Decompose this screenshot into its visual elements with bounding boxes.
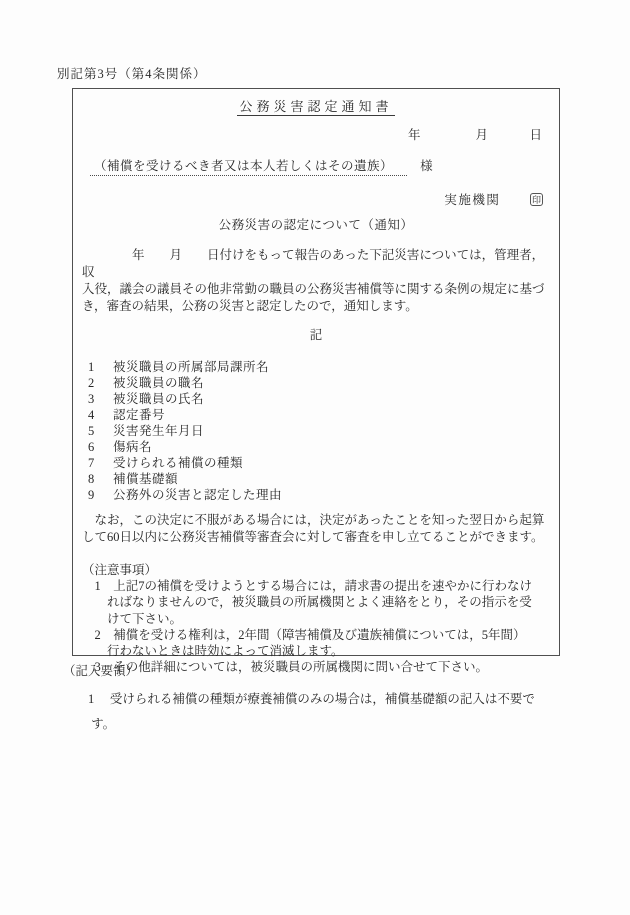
list-item: 6 傷病名 xyxy=(82,439,550,455)
list-item-text: 被災職員の職名 xyxy=(113,375,550,391)
list-item-number: 5 xyxy=(88,423,113,439)
list-item-text: 被災職員の氏名 xyxy=(113,391,550,407)
list-item-text: 傷病名 xyxy=(113,439,550,455)
list-item-number: 2 xyxy=(88,375,113,391)
document-title: 公務災害認定通知書 xyxy=(237,99,394,116)
addressee-field: （補償を受けるべき者又は本人若しくはその遺族） xyxy=(90,159,407,176)
list-item: 4 認定番号 xyxy=(82,407,550,423)
list-item-number: 6 xyxy=(88,439,113,455)
list-item-number: 7 xyxy=(88,455,113,471)
entry-guide-section: （記入要領） 1 受けられる補償の種類が療養補償のみの場合は，補償基礎額の記入は… xyxy=(63,663,573,737)
entry-guide-heading: （記入要領） xyxy=(63,663,573,680)
list-item: 1 被災職員の所属部局課所名 xyxy=(82,359,550,375)
list-item: 2 被災職員の職名 xyxy=(82,375,550,391)
list-item-text: 災害発生年月日 xyxy=(113,423,550,439)
list-item-text: 受けられる補償の種類 xyxy=(113,455,550,471)
notes-section: （注意事項） 1 上記7の補償を受けようとする場合には，請求書の提出を速やかに行… xyxy=(82,562,550,675)
seal-stamp-icon: 印 xyxy=(530,193,543,206)
list-item: 7 受けられる補償の種類 xyxy=(82,455,550,471)
list-item-text: 補償基礎額 xyxy=(113,471,550,487)
list-item-text: 被災職員の所属部局課所名 xyxy=(113,359,550,375)
list-item: 9 公務外の災害と認定した理由 xyxy=(82,487,550,503)
addressee-row: （補償を受けるべき者又は本人若しくはその遺族） 様 xyxy=(82,157,550,175)
subject-line: 公務災害の認定について（通知） xyxy=(82,217,550,234)
list-item: 3 被災職員の氏名 xyxy=(82,391,550,407)
date-blank-line: 年 月 日 xyxy=(82,127,550,144)
issuer-row: 実施機関 印 xyxy=(82,192,550,209)
list-item-number: 3 xyxy=(88,391,113,407)
list-item-number: 8 xyxy=(88,471,113,487)
document-page: 別記第3号（第4条関係） 公務災害認定通知書 年 月 日 （補償を受けるべき者又… xyxy=(0,0,630,915)
entry-guide-item: 1 受けられる補償の種類が療養補償のみの場合は，補償基礎額の記入は不要で す。 xyxy=(63,687,573,737)
appeal-paragraph: なお，この決定に不服がある場合には，決定があったことを知った翌日から起算 して6… xyxy=(82,512,550,546)
list-item-number: 4 xyxy=(88,407,113,423)
list-item: 8 補償基礎額 xyxy=(82,471,550,487)
notice-border-box: 公務災害認定通知書 年 月 日 （補償を受けるべき者又は本人若しくはその遺族） … xyxy=(72,88,560,656)
list-header-ki: 記 xyxy=(82,327,550,343)
list-item-text: 認定番号 xyxy=(113,407,550,423)
list-item-text: 公務外の災害と認定した理由 xyxy=(113,487,550,503)
issuer-label: 実施機関 xyxy=(444,193,500,207)
addressee-honorific: 様 xyxy=(420,159,434,173)
body-paragraph: 年 月 日付けをもって報告のあった下記災害については，管理者，収 入役，議会の議… xyxy=(82,247,550,315)
form-number: 別記第3号（第4条関係） xyxy=(57,64,207,82)
list-item-number: 1 xyxy=(88,359,113,375)
notice-item-list: 1 被災職員の所属部局課所名 2 被災職員の職名 3 被災職員の氏名 4 認定番… xyxy=(82,359,550,503)
list-item: 5 災害発生年月日 xyxy=(82,423,550,439)
title-row: 公務災害認定通知書 xyxy=(82,98,550,116)
list-item-number: 9 xyxy=(88,487,113,503)
